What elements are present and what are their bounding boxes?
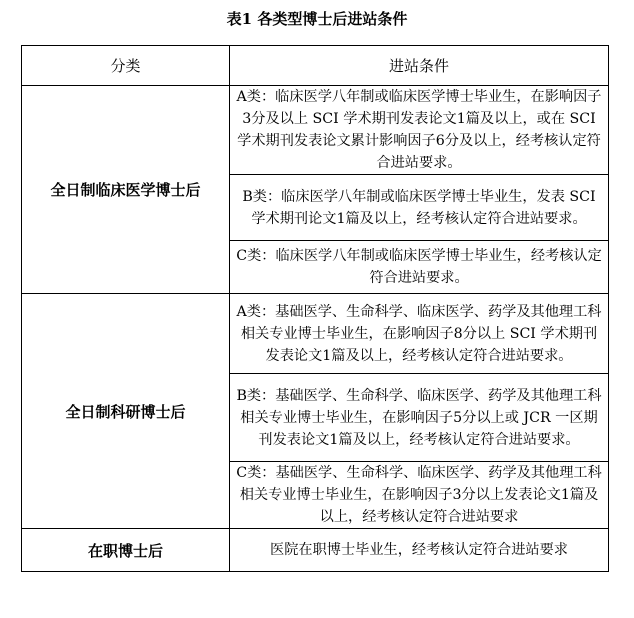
header-category: 分类	[22, 46, 230, 86]
condition-cell: C类：临床医学八年制或临床医学博士毕业生，经考核认定符合进站要求。	[230, 241, 609, 294]
category-research-fulltime: 全日制科研博士后	[22, 294, 230, 529]
condition-cell: B类：基础医学、生命科学、临床医学、药学及其他理工科相关专业博士毕业生，在影响因…	[230, 374, 609, 462]
condition-cell: A类：基础医学、生命科学、临床医学、药学及其他理工科相关专业博士毕业生，在影响因…	[230, 294, 609, 374]
table-row: 在职博士后 医院在职博士毕业生，经考核认定符合进站要求	[22, 529, 609, 572]
table-row: 全日制临床医学博士后 A类：临床医学八年制或临床医学博士毕业生，在影响因子3分及…	[22, 86, 609, 175]
condition-cell: C类：基础医学、生命科学、临床医学、药学及其他理工科相关专业博士毕业生，在影响因…	[230, 462, 609, 529]
table-caption: 表1 各类型博士后进站条件	[0, 8, 634, 30]
category-inservice: 在职博士后	[22, 529, 230, 572]
admission-conditions-table: 分类 进站条件 全日制临床医学博士后 A类：临床医学八年制或临床医学博士毕业生，…	[21, 45, 609, 572]
condition-cell: B类：临床医学八年制或临床医学博士毕业生，发表 SCI 学术期刊论文1篇及以上，…	[230, 175, 609, 241]
category-clinical-fulltime: 全日制临床医学博士后	[22, 86, 230, 294]
condition-cell: 医院在职博士毕业生，经考核认定符合进站要求	[230, 529, 609, 572]
header-row: 分类 进站条件	[22, 46, 609, 86]
header-conditions: 进站条件	[230, 46, 609, 86]
condition-cell: A类：临床医学八年制或临床医学博士毕业生，在影响因子3分及以上 SCI 学术期刊…	[230, 86, 609, 175]
table-row: 全日制科研博士后 A类：基础医学、生命科学、临床医学、药学及其他理工科相关专业博…	[22, 294, 609, 374]
